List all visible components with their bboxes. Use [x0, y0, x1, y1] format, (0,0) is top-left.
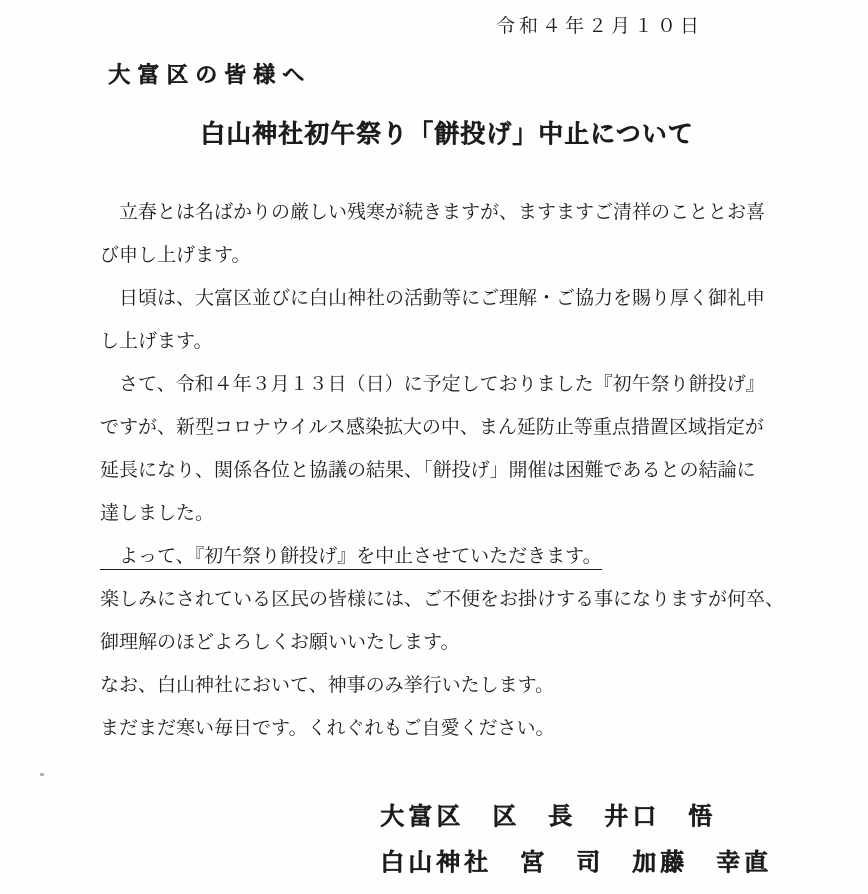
scanned-letter-page: 令和４年２月１０日 大富区の皆様へ 白山神社初午祭り「餅投げ」中止について 立春…: [0, 0, 868, 894]
body-line: 延長になり、関係各位と協議の結果、「餅投げ」開催は困難であるとの結論に: [100, 449, 788, 492]
addressee-line: 大富区の皆様へ: [108, 60, 868, 90]
signature-district-head: 大富区 区 長 井口 悟: [380, 794, 868, 840]
signature-block: 大富区 区 長 井口 悟 白山神社 宮 司 加藤 幸直: [380, 794, 868, 886]
document-title: 白山神社初午祭り「餅投げ」中止について: [200, 118, 868, 152]
body-line: 立春とは名ばかりの厳しい残寒が続きますが、ますますご清祥のこととお喜: [100, 191, 788, 234]
cancellation-notice-line: よって、『初午祭り餅投げ』を中止させていただきます。: [100, 535, 788, 578]
body-line: なお、白山神社において、神事のみ挙行いたします。: [100, 664, 788, 707]
body-line: び申し上げます。: [100, 234, 788, 277]
body-line: 日頃は、大富区並びに白山神社の活動等にご理解・ご協力を賜り厚く御礼申: [100, 277, 788, 320]
scan-speck: [40, 773, 44, 776]
signature-shrine-priest: 白山神社 宮 司 加藤 幸直: [380, 840, 868, 886]
letter-body: 立春とは名ばかりの厳しい残寒が続きますが、ますますご清祥のこととお喜 び申し上げ…: [100, 191, 788, 750]
underlined-cancellation-text: よって、『初午祭り餅投げ』を中止させていただきます。: [100, 546, 602, 570]
body-line: し上げます。: [100, 320, 788, 363]
body-line: まだまだ寒い毎日です。くれぐれもご自愛ください。: [100, 707, 788, 750]
body-line: ですが、新型コロナウイルス感染拡大の中、まん延防止等重点措置区域指定が: [100, 406, 788, 449]
date-line: 令和４年２月１０日: [0, 0, 868, 40]
body-line: さて、令和４年３月１３日（日）に予定しておりました『初午祭り餅投げ』: [100, 363, 788, 406]
body-line: 楽しみにされている区民の皆様には、ご不便をお掛けする事になりますが何卒、: [100, 578, 788, 621]
body-line: 達しました。: [100, 492, 788, 535]
body-line: 御理解のほどよろしくお願いいたします。: [100, 621, 788, 664]
